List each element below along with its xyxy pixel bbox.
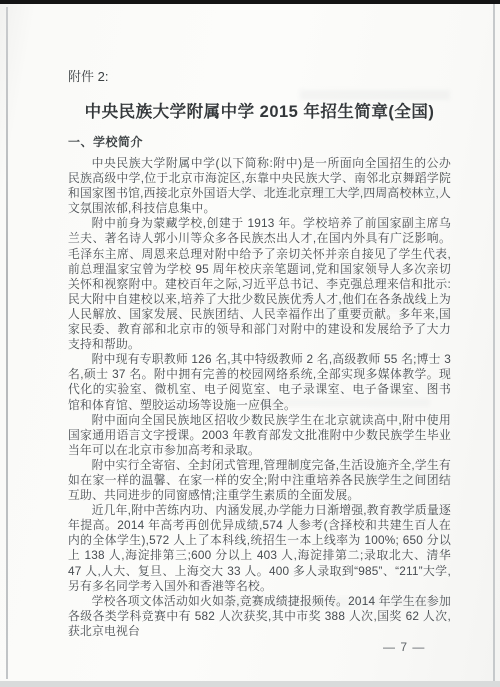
page-edge-right <box>493 4 495 681</box>
paragraph-boarding-management: 附中实行全寄宿、全封闭式管理,管理制度完备,生活设施齐全,学生有如在家一样的温馨… <box>68 458 451 503</box>
attachment-label: 附件 2: <box>68 66 451 85</box>
page-edge-left <box>6 7 8 679</box>
section-heading: 一、学校简介 <box>68 133 451 150</box>
paper-sheet: 附件 2: 中央民族大学附属中学 2015 年招生简章(全国) 一、学校简介 中… <box>0 0 500 681</box>
scan-edge-top <box>0 0 500 4</box>
paragraph-history: 附中前身为蒙藏学校,创建于 1913 年。学校培养了前国家副主席乌兰夫、著名诗人… <box>68 216 451 352</box>
scan-edge-bottom <box>0 681 500 687</box>
document-title: 中央民族大学附属中学 2015 年招生简章(全国) <box>62 98 457 122</box>
paragraph-competitions: 学校各项文体活动如火如荼,竞赛成绩捷报频传。2014 年学生在参加各级各类学科竞… <box>68 594 451 639</box>
paragraph-enrollment-policy: 附中面向全国民族地区招收少数民族学生在北京就读高中,附中使用国家通用语言文字授课… <box>68 413 451 458</box>
paragraph-exam-results: 近几年,附中苦练内功、内涵发展,办学能力日渐增强,教育教学质量逐年提高。2014… <box>68 503 451 594</box>
paragraph-school-intro: 中央民族大学附属中学(以下简称:附中)是一所面向全国招生的公办民族高级中学,位于… <box>68 156 451 216</box>
page-number: — 7 — <box>383 640 425 654</box>
scanned-document-page: { "document": { "attachment_label": "附件 … <box>0 0 500 687</box>
paragraph-faculty-facilities: 附中现有专职教师 126 名,其中特级教师 2 名,高级教师 55 名;博士 3… <box>68 352 451 412</box>
document-body: 附件 2: 中央民族大学附属中学 2015 年招生简章(全国) 一、学校简介 中… <box>68 66 451 639</box>
